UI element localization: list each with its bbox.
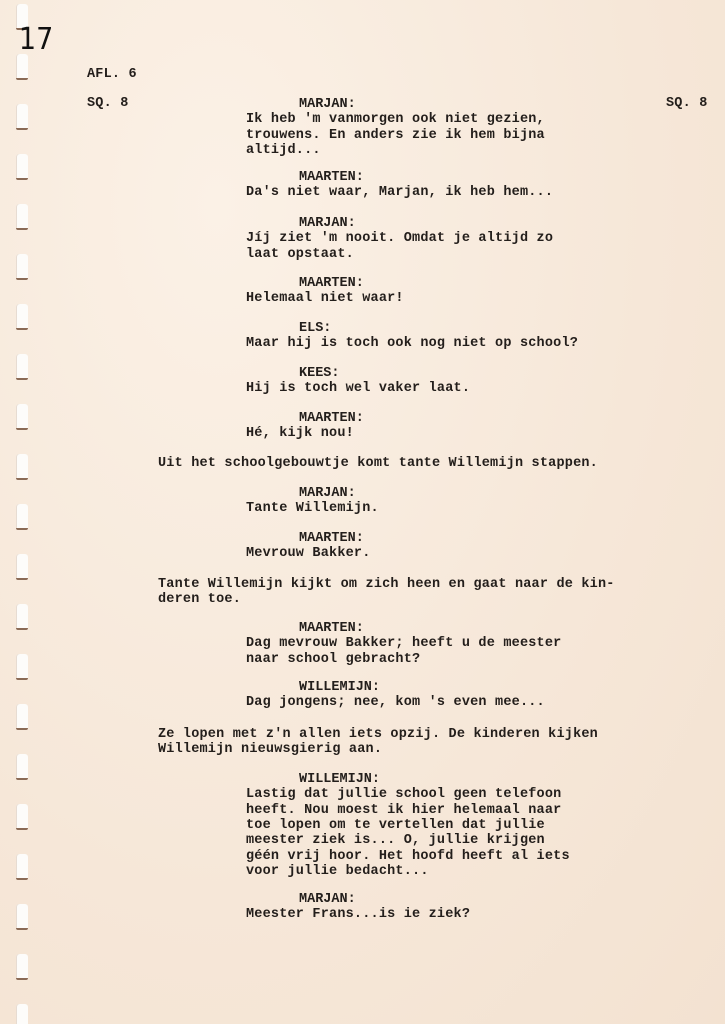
binder-hole bbox=[16, 254, 28, 280]
dialogue-line: Jíj ziet 'm nooit. Omdat je altijd zo bbox=[246, 231, 553, 247]
speaker-name: WILLEMIJN: bbox=[299, 772, 380, 788]
speaker-name: MARJAN: bbox=[299, 216, 356, 232]
speaker-name: MARJAN: bbox=[299, 486, 356, 502]
binder-holes bbox=[12, 0, 32, 1024]
dialogue-line: trouwens. En anders zie ik hem bijna bbox=[246, 128, 545, 144]
speaker-name: WILLEMIJN: bbox=[299, 680, 380, 696]
binder-hole bbox=[16, 404, 28, 430]
speaker-name: KEES: bbox=[299, 366, 340, 382]
speaker-name: MAARTEN: bbox=[299, 411, 364, 427]
speaker-name: MAARTEN: bbox=[299, 531, 364, 547]
binder-hole bbox=[16, 654, 28, 680]
dialogue-line: toe lopen om te vertellen dat jullie bbox=[246, 818, 545, 834]
binder-hole bbox=[16, 1004, 28, 1024]
binder-hole bbox=[16, 304, 28, 330]
binder-hole bbox=[16, 604, 28, 630]
binder-hole bbox=[16, 854, 28, 880]
action-line: deren toe. bbox=[158, 592, 241, 608]
action-line: Uit het schoolgebouwtje komt tante Wille… bbox=[158, 456, 598, 472]
dialogue-line: meester ziek is... O, jullie krijgen bbox=[246, 833, 545, 849]
binder-hole bbox=[16, 804, 28, 830]
binder-hole bbox=[16, 354, 28, 380]
dialogue-line: Tante Willemijn. bbox=[246, 501, 379, 517]
action-line: Ze lopen met z'n allen iets opzij. De ki… bbox=[158, 727, 598, 743]
dialogue-line: naar school gebracht? bbox=[246, 652, 420, 668]
binder-hole bbox=[16, 154, 28, 180]
speaker-name: MARJAN: bbox=[299, 97, 356, 113]
binder-hole bbox=[16, 754, 28, 780]
binder-hole bbox=[16, 504, 28, 530]
speaker-name: ELS: bbox=[299, 321, 331, 337]
binder-hole bbox=[16, 954, 28, 980]
speaker-name: MAARTEN: bbox=[299, 621, 364, 637]
sequence-label-left: SQ. 8 bbox=[87, 96, 129, 112]
dialogue-line: Dag jongens; nee, kom 's even mee... bbox=[246, 695, 545, 711]
dialogue-line: Mevrouw Bakker. bbox=[246, 546, 371, 562]
binder-hole bbox=[16, 704, 28, 730]
dialogue-line: Meester Frans...is ie ziek? bbox=[246, 907, 470, 923]
binder-hole bbox=[16, 454, 28, 480]
dialogue-line: Maar hij is toch ook nog niet op school? bbox=[246, 336, 578, 352]
dialogue-line: Ik heb 'm vanmorgen ook niet gezien, bbox=[246, 112, 545, 128]
dialogue-line: heeft. Nou moest ik hier helemaal naar bbox=[246, 803, 561, 819]
dialogue-line: voor jullie bedacht... bbox=[246, 864, 429, 880]
dialogue-line: Hij is toch wel vaker laat. bbox=[246, 381, 470, 397]
speaker-name: MAARTEN: bbox=[299, 276, 364, 292]
handwritten-page-number: 17 bbox=[19, 22, 53, 57]
sequence-label-right: SQ. 8 bbox=[666, 96, 708, 112]
binder-hole bbox=[16, 204, 28, 230]
dialogue-line: laat opstaat. bbox=[246, 247, 354, 263]
binder-hole bbox=[16, 104, 28, 130]
binder-hole bbox=[16, 554, 28, 580]
episode-label: AFL. 6 bbox=[87, 67, 137, 83]
dialogue-line: altijd... bbox=[246, 143, 321, 159]
dialogue-line: géén vrij hoor. Het hoofd heeft al iets bbox=[246, 849, 570, 865]
dialogue-line: Da's niet waar, Marjan, ik heb hem... bbox=[246, 185, 553, 201]
dialogue-line: Dag mevrouw Bakker; heeft u de meester bbox=[246, 636, 561, 652]
speaker-name: MAARTEN: bbox=[299, 170, 364, 186]
dialogue-line: Hé, kijk nou! bbox=[246, 426, 354, 442]
binder-hole bbox=[16, 54, 28, 80]
action-line: Willemijn nieuwsgierig aan. bbox=[158, 742, 382, 758]
speaker-name: MARJAN: bbox=[299, 892, 356, 908]
dialogue-line: Helemaal niet waar! bbox=[246, 291, 404, 307]
binder-hole bbox=[16, 904, 28, 930]
action-line: Tante Willemijn kijkt om zich heen en ga… bbox=[158, 577, 615, 593]
dialogue-line: Lastig dat jullie school geen telefoon bbox=[246, 787, 561, 803]
